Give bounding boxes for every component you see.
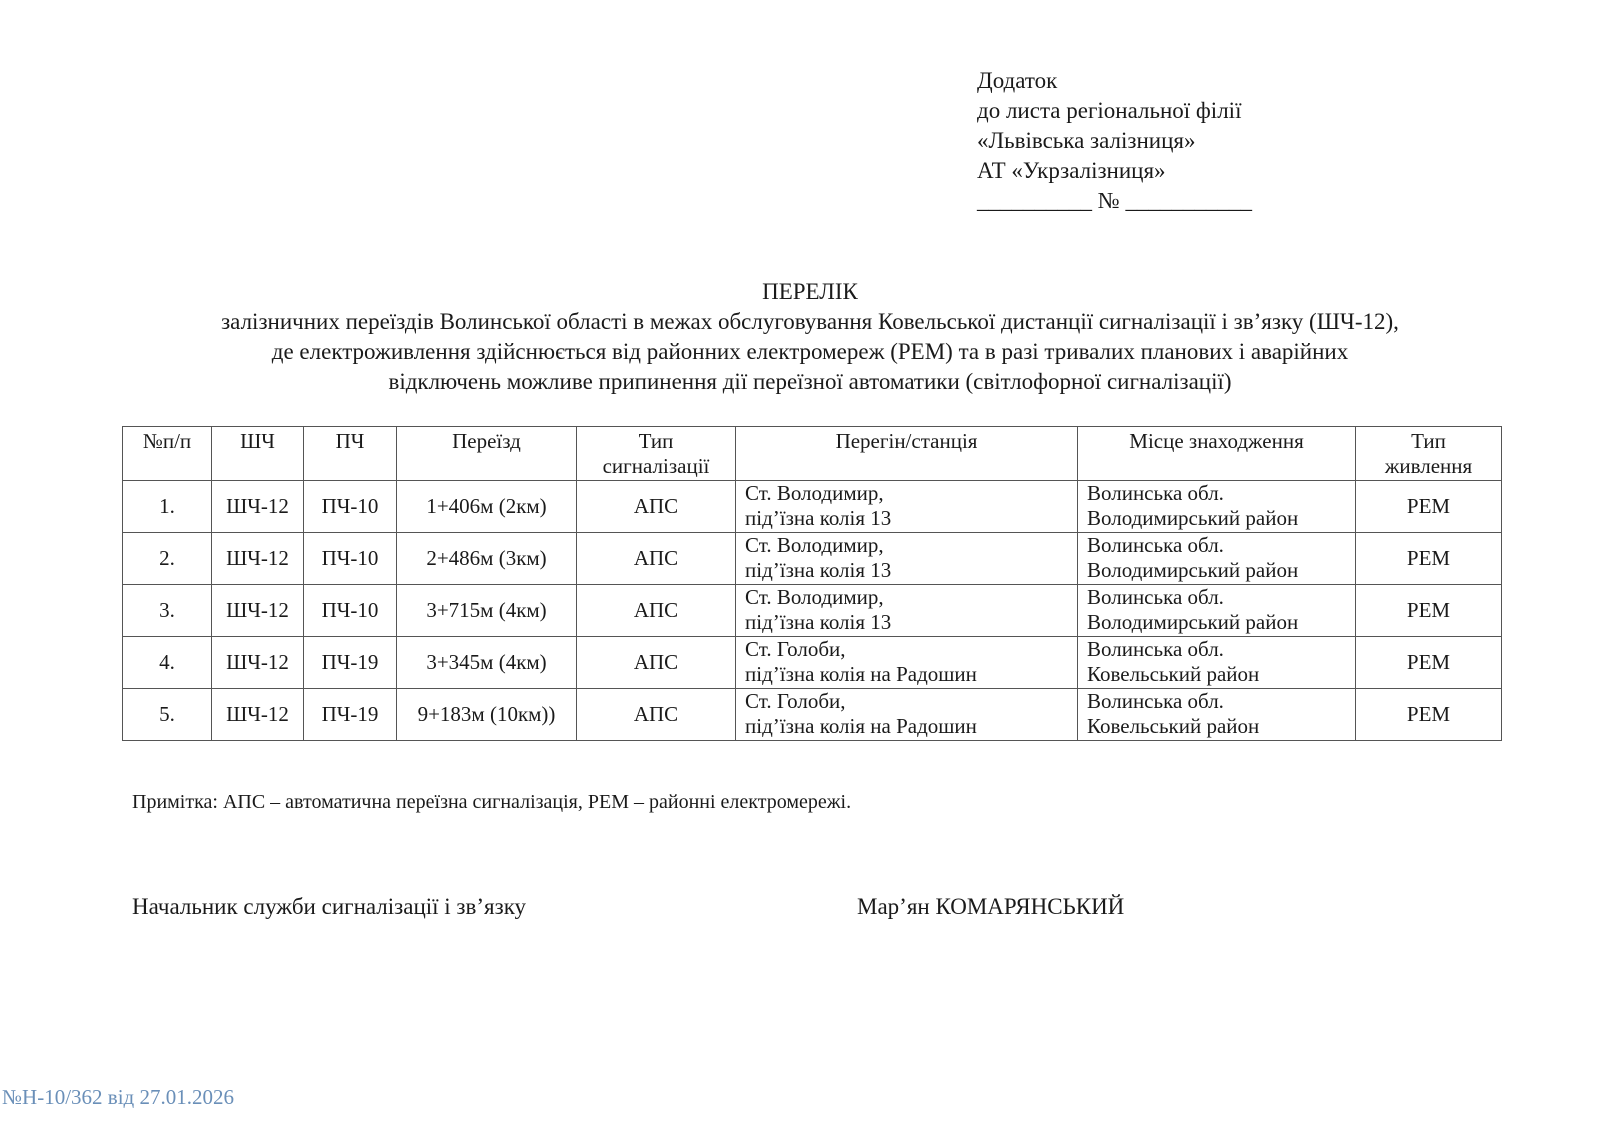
column-header: ПЧ (304, 427, 397, 481)
table-row: 5.ШЧ-12ПЧ-199+183м (10км))АПССт. Голоби,… (123, 689, 1502, 741)
crossing-cell: 3+715м (4км) (397, 585, 577, 637)
station-cell-line: Ст. Володимир, (745, 585, 1077, 610)
column-header: ШЧ (212, 427, 304, 481)
column-header: Місце знаходження (1078, 427, 1356, 481)
location-cell-line: Волинська обл. (1087, 689, 1355, 714)
location-cell: Волинська обл.Ковельський район (1078, 689, 1356, 741)
location-cell-line: Волинська обл. (1087, 585, 1355, 610)
power-type-cell: РЕМ (1356, 637, 1502, 689)
location-cell-line: Волинська обл. (1087, 481, 1355, 506)
pch-cell: ПЧ-10 (304, 533, 397, 585)
crossing-cell: 2+486м (3км) (397, 533, 577, 585)
footnote: Примітка: АПС – автоматична переїзна сиг… (132, 789, 851, 815)
row-number-cell: 2. (123, 533, 212, 585)
column-header-line: Тип (577, 429, 735, 454)
power-type-cell: РЕМ (1356, 689, 1502, 741)
station-cell-line: Ст. Володимир, (745, 481, 1077, 506)
column-header: Перегін/станція (736, 427, 1078, 481)
location-cell: Волинська обл.Володимирський район (1078, 481, 1356, 533)
location-cell-line: Володимирський район (1087, 558, 1355, 583)
addendum-line: АТ «Укрзалізниця» (977, 156, 1252, 186)
signal-type-cell: АПС (577, 481, 736, 533)
location-cell-line: Волинська обл. (1087, 533, 1355, 558)
column-header-line: Переїзд (397, 429, 576, 454)
signatory-name: Мар’ян КОМАРЯНСЬКИЙ (857, 892, 1124, 922)
addendum-line: «Львівська залізниця» (977, 126, 1252, 156)
row-number-cell: 3. (123, 585, 212, 637)
column-header-line: живлення (1356, 454, 1501, 479)
column-header: №п/п (123, 427, 212, 481)
table-header-row: №п/пШЧПЧПереїздТипсигналізаціїПерегін/ст… (123, 427, 1502, 481)
table-row: 3.ШЧ-12ПЧ-103+715м (4км)АПССт. Володимир… (123, 585, 1502, 637)
column-header-line: Тип (1356, 429, 1501, 454)
signal-type-cell: АПС (577, 689, 736, 741)
station-cell: Ст. Голоби,під’їзна колія на Радошин (736, 637, 1078, 689)
column-header-line: №п/п (123, 429, 211, 454)
power-type-cell: РЕМ (1356, 533, 1502, 585)
station-cell-line: під’їзна колія на Радошин (745, 662, 1077, 687)
station-cell: Ст. Голоби,під’їзна колія на Радошин (736, 689, 1078, 741)
document-subtitle-line: де електроживлення здійснюється від райо… (100, 337, 1520, 367)
crossing-cell: 9+183м (10км)) (397, 689, 577, 741)
registration-stamp: №Н-10/362 від 27.01.2026 (2, 1084, 234, 1110)
column-header-line: ШЧ (212, 429, 303, 454)
station-cell-line: Ст. Голоби, (745, 637, 1077, 662)
crossing-cell: 1+406м (2км) (397, 481, 577, 533)
column-header-line: ПЧ (304, 429, 396, 454)
location-cell-line: Ковельський район (1087, 714, 1355, 739)
column-header: Переїзд (397, 427, 577, 481)
column-header-line: Перегін/станція (736, 429, 1077, 454)
column-header: Типживлення (1356, 427, 1502, 481)
station-cell-line: Ст. Володимир, (745, 533, 1077, 558)
pch-cell: ПЧ-10 (304, 585, 397, 637)
station-cell: Ст. Володимир,під’їзна колія 13 (736, 533, 1078, 585)
location-cell-line: Володимирський район (1087, 506, 1355, 531)
pch-cell: ПЧ-19 (304, 689, 397, 741)
document-subtitle-line: відключень можливе припинення дії переїз… (100, 367, 1520, 397)
document-title: ПЕРЕЛІК (100, 277, 1520, 307)
station-cell-line: під’їзна колія на Радошин (745, 714, 1077, 739)
crossings-table: №п/пШЧПЧПереїздТипсигналізаціїПерегін/ст… (122, 426, 1502, 741)
shch-cell: ШЧ-12 (212, 481, 304, 533)
location-cell: Волинська обл.Володимирський район (1078, 533, 1356, 585)
shch-cell: ШЧ-12 (212, 637, 304, 689)
station-cell-line: Ст. Голоби, (745, 689, 1077, 714)
column-header-line: Місце знаходження (1078, 429, 1355, 454)
table-row: 1.ШЧ-12ПЧ-101+406м (2км)АПССт. Володимир… (123, 481, 1502, 533)
addendum-line: Додаток (977, 66, 1252, 96)
station-cell: Ст. Володимир,під’їзна колія 13 (736, 481, 1078, 533)
row-number-cell: 4. (123, 637, 212, 689)
shch-cell: ШЧ-12 (212, 533, 304, 585)
addendum-number-line: __________ № ___________ (977, 186, 1252, 216)
addendum-line: до листа регіональної філії (977, 96, 1252, 126)
table-body: 1.ШЧ-12ПЧ-101+406м (2км)АПССт. Володимир… (123, 481, 1502, 741)
row-number-cell: 5. (123, 689, 212, 741)
station-cell-line: під’їзна колія 13 (745, 506, 1077, 531)
station-cell-line: під’їзна колія 13 (745, 610, 1077, 635)
signatory-title: Начальник служби сигналізації і зв’язку (132, 892, 526, 922)
crossing-cell: 3+345м (4км) (397, 637, 577, 689)
location-cell-line: Волинська обл. (1087, 637, 1355, 662)
document-subtitle-line: залізничних переїздів Волинської області… (100, 307, 1520, 337)
shch-cell: ШЧ-12 (212, 585, 304, 637)
station-cell: Ст. Володимир,під’їзна колія 13 (736, 585, 1078, 637)
station-cell-line: під’їзна колія 13 (745, 558, 1077, 583)
signal-type-cell: АПС (577, 533, 736, 585)
location-cell-line: Ковельський район (1087, 662, 1355, 687)
power-type-cell: РЕМ (1356, 585, 1502, 637)
signal-type-cell: АПС (577, 637, 736, 689)
signal-type-cell: АПС (577, 585, 736, 637)
location-cell-line: Володимирський район (1087, 610, 1355, 635)
pch-cell: ПЧ-10 (304, 481, 397, 533)
table-row: 2.ШЧ-12ПЧ-102+486м (3км)АПССт. Володимир… (123, 533, 1502, 585)
column-header-line: сигналізації (577, 454, 735, 479)
addendum-block: Додаток до листа регіональної філії «Льв… (977, 66, 1252, 216)
location-cell: Волинська обл.Володимирський район (1078, 585, 1356, 637)
column-header: Типсигналізації (577, 427, 736, 481)
row-number-cell: 1. (123, 481, 212, 533)
pch-cell: ПЧ-19 (304, 637, 397, 689)
shch-cell: ШЧ-12 (212, 689, 304, 741)
power-type-cell: РЕМ (1356, 481, 1502, 533)
document-heading: ПЕРЕЛІК залізничних переїздів Волинської… (100, 277, 1520, 397)
location-cell: Волинська обл.Ковельський район (1078, 637, 1356, 689)
table-row: 4.ШЧ-12ПЧ-193+345м (4км)АПССт. Голоби,пі… (123, 637, 1502, 689)
